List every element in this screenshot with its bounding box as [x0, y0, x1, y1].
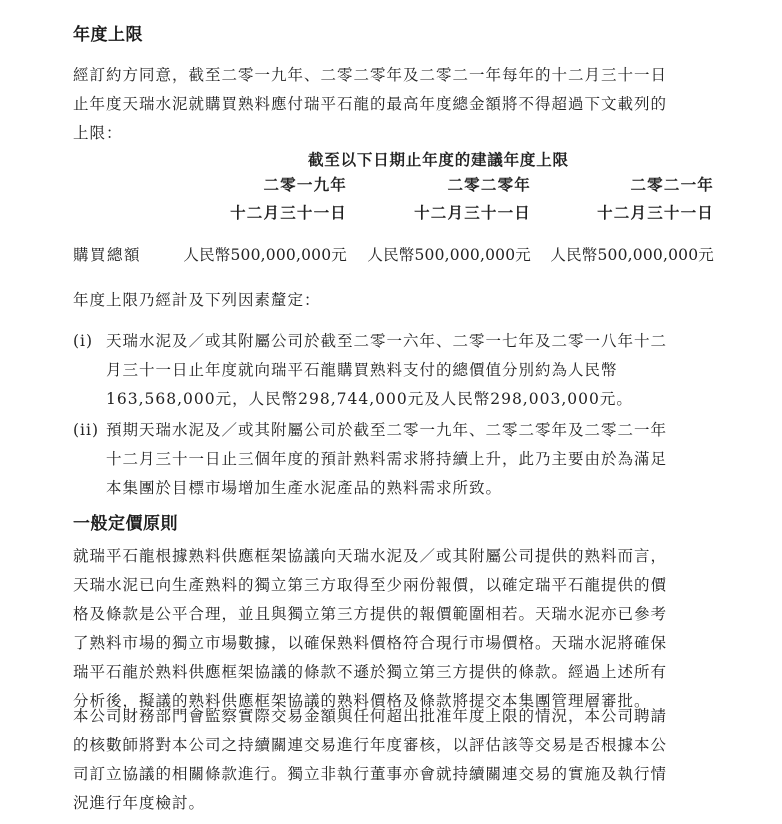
paragraph-line: 月三十一日止年度就向瑞平石龍購買熟料支付的總價值分別約為人民幣 [106, 356, 715, 385]
paragraph-line: 預期天瑞水泥及／或其附屬公司於截至二零一九年、二零二零年及二零二一年 [106, 416, 715, 445]
paragraph-line: 況進行年度檢討。 [73, 789, 715, 818]
table-cell: 人民幣500,000,000元 [364, 243, 531, 265]
annual-caps-intro-paragraph: 經訂約方同意，截至二零一九年、二零二零年及二零二一年每年的十二月三十一日 止年度… [73, 61, 715, 148]
column-date: 十二月三十一日 [200, 199, 347, 227]
pricing-paragraph: 就瑞平石龍根據熟料供應框架協議向天瑞水泥及／或其附屬公司提供的熟料而言， 天瑞水… [73, 542, 715, 716]
paragraph-line: 瑞平石龍於熟料供應框架協議的條款不遜於獨立第三方提供的條款。經過上述所有 [73, 658, 715, 687]
column-year: 二零一九年 [200, 171, 347, 199]
paragraph-line: 就瑞平石龍根據熟料供應框架協議向天瑞水泥及／或其附屬公司提供的熟料而言， [73, 542, 715, 571]
paragraph-line: 止年度天瑞水泥就購買熟料應付瑞平石龍的最高年度總金額將不得超過下文載列的 [73, 90, 715, 119]
list-item: (ii) 預期天瑞水泥及／或其附屬公司於截至二零一九年、二零二零年及二零二一年 … [73, 416, 715, 506]
paragraph-line: 上限： [73, 119, 715, 148]
list-item-number: (ii) [73, 416, 99, 445]
list-item: (i) 天瑞水泥及／或其附屬公司於截至二零一六年、二零一七年及二零一八年十二 月… [73, 327, 715, 417]
table-column-header-2020: 二零二零年 十二月三十一日 [384, 171, 531, 227]
table-cell: 人民幣500,000,000元 [180, 243, 347, 265]
paragraph-line: 本公司財務部門會監察實際交易金額與任何超出批准年度上限的情況，本公司聘請 [73, 702, 715, 731]
list-item-body: 預期天瑞水泥及／或其附屬公司於截至二零一九年、二零二零年及二零二一年 十二月三十… [106, 416, 715, 503]
paragraph-line: 十二月三十一日止三個年度的預計熟料需求將持續上升，此乃主要由於為滿足 [106, 445, 715, 474]
table-cell: 人民幣500,000,000元 [547, 243, 714, 265]
list-item-number: (i) [73, 327, 93, 356]
paragraph-line: 經訂約方同意，截至二零一九年、二零二零年及二零二一年每年的十二月三十一日 [73, 61, 715, 90]
paragraph-line: 格及條款是公平合理，並且與獨立第三方提供的報價範圍相若。天瑞水泥亦已參考 [73, 600, 715, 629]
list-item-body: 天瑞水泥及／或其附屬公司於截至二零一六年、二零一七年及二零一八年十二 月三十一日… [106, 327, 715, 414]
section-heading-pricing-principles: 一般定價原則 [73, 509, 178, 534]
column-date: 十二月三十一日 [567, 199, 714, 227]
monitoring-paragraph: 本公司財務部門會監察實際交易金額與任何超出批准年度上限的情況，本公司聘請 的核數… [73, 702, 715, 818]
paragraph-line: 了熟料市場的獨立市場數據，以確保熟料價格符合現行市場價格。天瑞水泥將確保 [73, 629, 715, 658]
paragraph-line: 天瑞水泥及／或其附屬公司於截至二零一六年、二零一七年及二零一八年十二 [106, 327, 715, 356]
row-label: 購買總額 [73, 243, 141, 265]
paragraph-line: 163,568,000元，人民幣298,744,000元及人民幣298,003,… [106, 385, 715, 414]
paragraph-line: 天瑞水泥已向生產熟料的獨立第三方取得至少兩份報價，以確定瑞平石龍提供的價 [73, 571, 715, 600]
table-column-header-2019: 二零一九年 十二月三十一日 [200, 171, 347, 227]
column-year: 二零二一年 [567, 171, 714, 199]
column-year: 二零二零年 [384, 171, 531, 199]
column-date: 十二月三十一日 [384, 199, 531, 227]
table-column-header-2021: 二零二一年 十二月三十一日 [567, 171, 714, 227]
table-title: 截至以下日期止年度的建議年度上限 [308, 148, 569, 170]
paragraph-line: 本集團於目標市場增加生產水泥產品的熟料需求所致。 [106, 474, 715, 503]
paragraph-line: 年度上限乃經計及下列因素釐定： [73, 286, 715, 315]
paragraph-line: 的核數師將對本公司之持續關連交易進行年度審核，以評估該等交易是否根據本公 [73, 731, 715, 760]
section-heading-annual-caps: 年度上限 [73, 20, 143, 45]
basis-intro: 年度上限乃經計及下列因素釐定： [73, 286, 715, 315]
paragraph-line: 司訂立協議的相關條款進行。獨立非執行董事亦會就持續關連交易的實施及執行情 [73, 760, 715, 789]
